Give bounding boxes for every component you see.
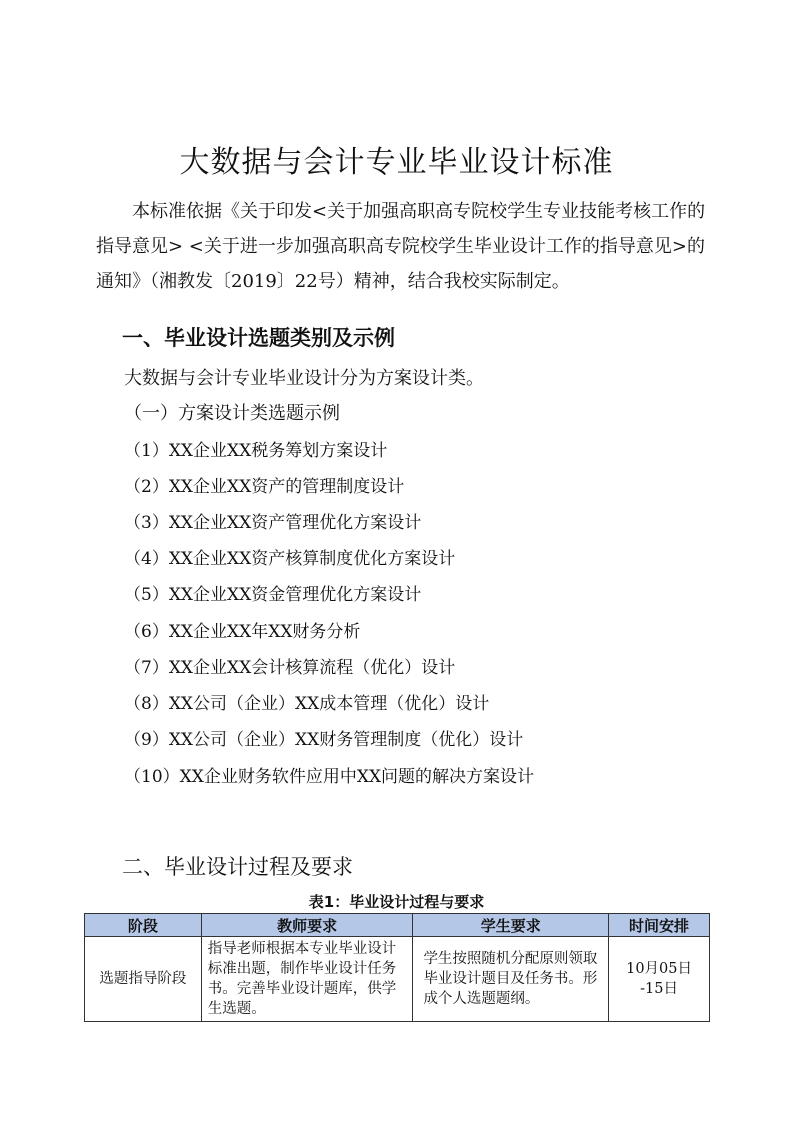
- cell-time: 10月05日 -15日: [609, 937, 710, 1022]
- list-item: （5）XX企业XX资金管理优化方案设计: [124, 580, 421, 605]
- document-title: 大数据与会计专业毕业设计标准: [0, 137, 793, 181]
- header-time: 时间安排: [609, 914, 710, 937]
- time-start: 10月05日: [615, 959, 703, 979]
- time-end: -15日: [615, 979, 703, 999]
- section1-subheading: （一）方案设计类选题示例: [124, 399, 340, 425]
- cell-teacher: 指导老师根据本专业毕业设计标准出题，制作毕业设计任务书。完善毕业设计题库，供学生…: [201, 937, 413, 1022]
- table-row: 选题指导阶段 指导老师根据本专业毕业设计标准出题，制作毕业设计任务书。完善毕业设…: [85, 937, 710, 1022]
- header-stage: 阶段: [85, 914, 202, 937]
- list-item: （2）XX企业XX资产的管理制度设计: [124, 472, 404, 497]
- list-item: （10）XX企业财务软件应用中XX问题的解决方案设计: [124, 762, 534, 787]
- list-item: （9）XX公司（企业）XX财务管理制度（优化）设计: [124, 725, 523, 750]
- table-caption: 表1：毕业设计过程与要求: [0, 891, 793, 912]
- section1-description: 大数据与会计专业毕业设计分为方案设计类。: [124, 364, 484, 390]
- section2-heading: 二、毕业设计过程及要求: [122, 851, 353, 881]
- list-item: （8）XX公司（企业）XX成本管理（优化）设计: [124, 689, 489, 714]
- list-item: （3）XX企业XX资产管理优化方案设计: [124, 508, 421, 533]
- intro-paragraph: 本标准依据《关于印发<关于加强高职高专院校学生专业技能考核工作的指导意见> <关…: [96, 194, 706, 299]
- list-item: （6）XX企业XX年XX财务分析: [124, 617, 360, 642]
- header-teacher: 教师要求: [201, 914, 413, 937]
- list-item: （4）XX企业XX资产核算制度优化方案设计: [124, 544, 455, 569]
- process-table: 阶段 教师要求 学生要求 时间安排 选题指导阶段 指导老师根据本专业毕业设计标准…: [84, 913, 710, 1022]
- list-item: （7）XX企业XX会计核算流程（优化）设计: [124, 653, 455, 678]
- header-student: 学生要求: [413, 914, 609, 937]
- section1-heading: 一、毕业设计选题类别及示例: [122, 322, 395, 352]
- list-item: （1）XX企业XX税务筹划方案设计: [124, 436, 387, 461]
- cell-stage: 选题指导阶段: [85, 937, 202, 1022]
- cell-student: 学生按照随机分配原则领取毕业设计题目及任务书。形成个人选题题纲。: [413, 937, 609, 1022]
- table-header-row: 阶段 教师要求 学生要求 时间安排: [85, 914, 710, 937]
